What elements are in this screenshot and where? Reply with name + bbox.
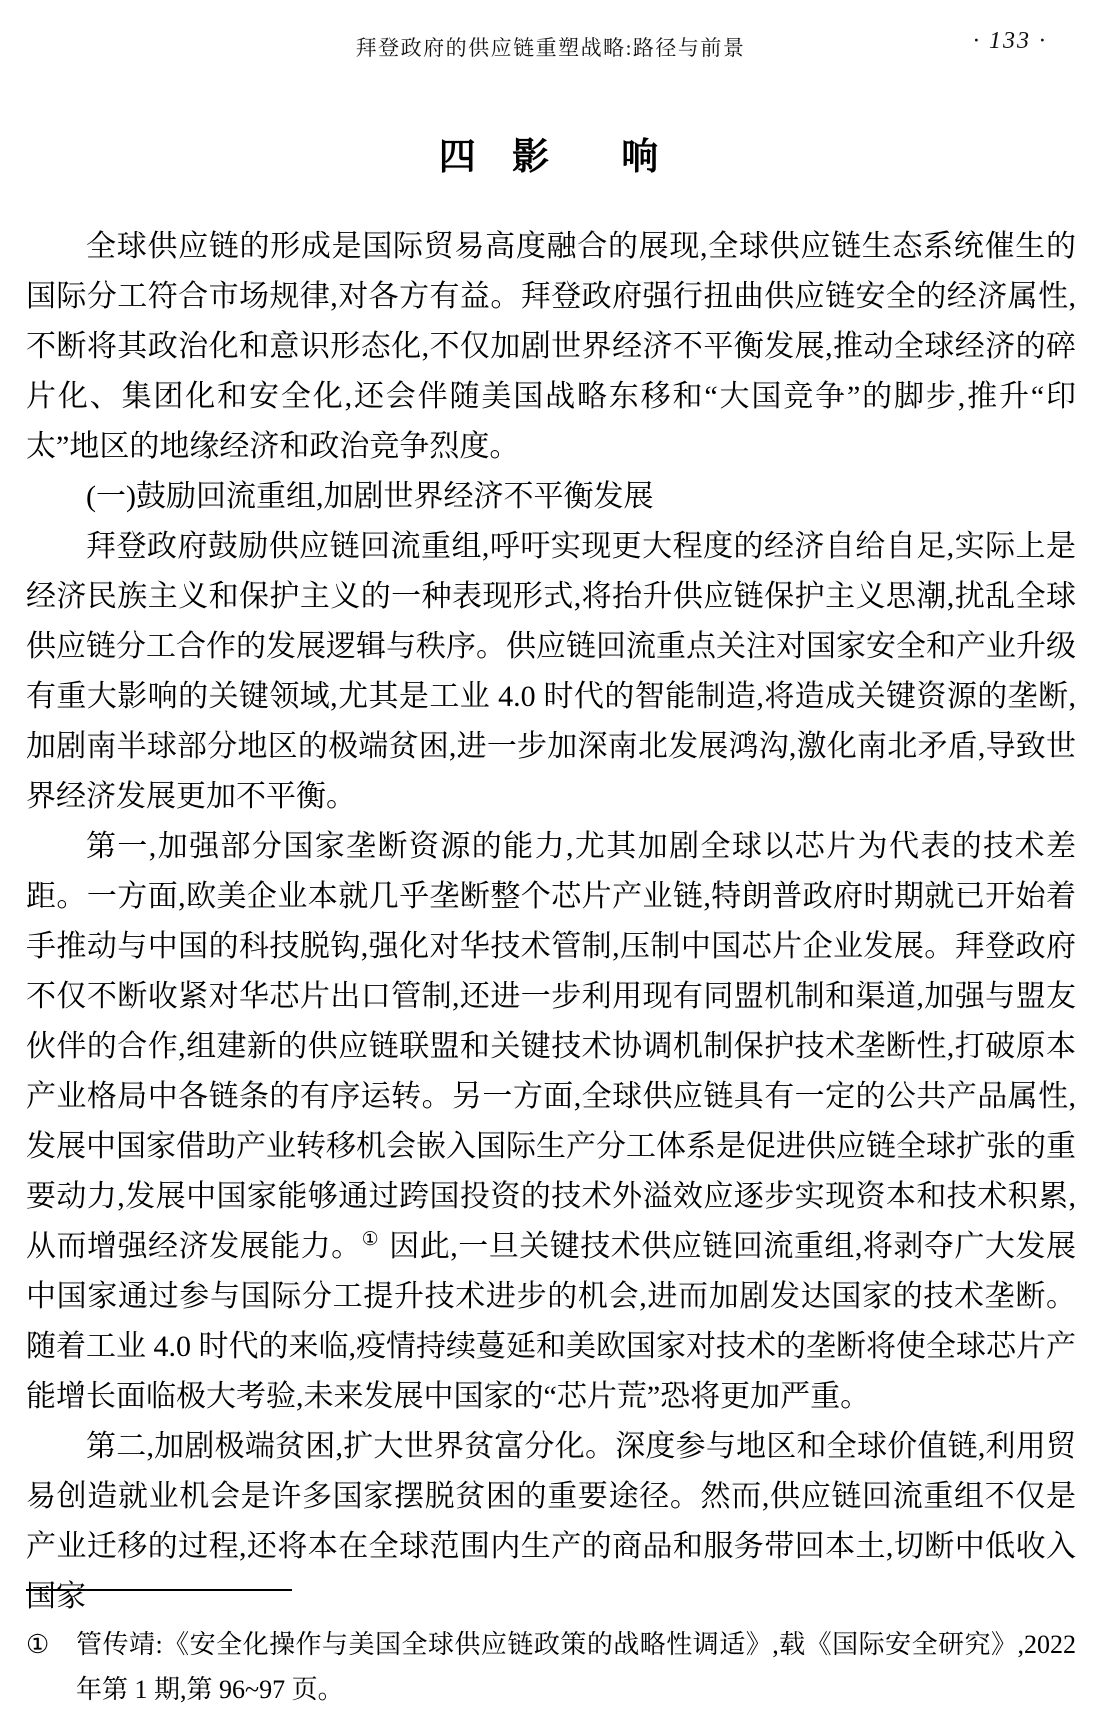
footnote-text: 管传靖:《安全化操作与美国全球供应链政策的战略性调适》,载《国际安全研究》,20… — [76, 1622, 1076, 1712]
footnote-reference-marker: ① — [362, 1229, 380, 1250]
journal-page: 拜登政府的供应链重塑战略:路径与前景 · 133 · 四 影 响 全球供应链的形… — [0, 0, 1097, 1713]
footnote-separator-rule — [26, 1589, 292, 1591]
article-body: 全球供应链的形成是国际贸易高度融合的展现,全球供应链生态系统催生的国际分工符合市… — [26, 222, 1076, 1622]
section-number: 四 — [439, 136, 476, 177]
page-header: 拜登政府的供应链重塑战略:路径与前景 · 133 · — [26, 26, 1075, 66]
subsection-heading-1: (一)鼓励回流重组,加剧世界经济不平衡发展 — [26, 472, 1076, 522]
running-title: 拜登政府的供应链重塑战略:路径与前景 — [26, 26, 1075, 62]
paragraph-first-point: 第一,加强部分国家垄断资源的能力,尤其加剧全球以芯片为代表的技术差距。一方面,欧… — [26, 822, 1076, 1422]
footnote: ① 管传靖:《安全化操作与美国全球供应链政策的战略性调适》,载《国际安全研究》,… — [26, 1622, 1076, 1712]
page-number: · 133 · — [973, 28, 1047, 55]
footnote-marker: ① — [26, 1622, 76, 1712]
paragraph-reshoring: 拜登政府鼓励供应链回流重组,呼吁实现更大程度的经济自给自足,实际上是经济民族主义… — [26, 522, 1076, 822]
paragraph-first-point-text-before-note: 第一,加强部分国家垄断资源的能力,尤其加剧全球以芯片为代表的技术差距。一方面,欧… — [26, 830, 1076, 1263]
paragraph-second-point: 第二,加剧极端贫困,扩大世界贫富分化。深度参与地区和全球价值链,利用贸易创造就业… — [26, 1422, 1076, 1622]
paragraph-intro: 全球供应链的形成是国际贸易高度融合的展现,全球供应链生态系统催生的国际分工符合市… — [26, 222, 1076, 472]
section-heading: 四 影 响 — [0, 126, 1097, 180]
section-title-char-2: 响 — [621, 136, 658, 177]
section-title-char-1: 影 — [512, 136, 549, 177]
